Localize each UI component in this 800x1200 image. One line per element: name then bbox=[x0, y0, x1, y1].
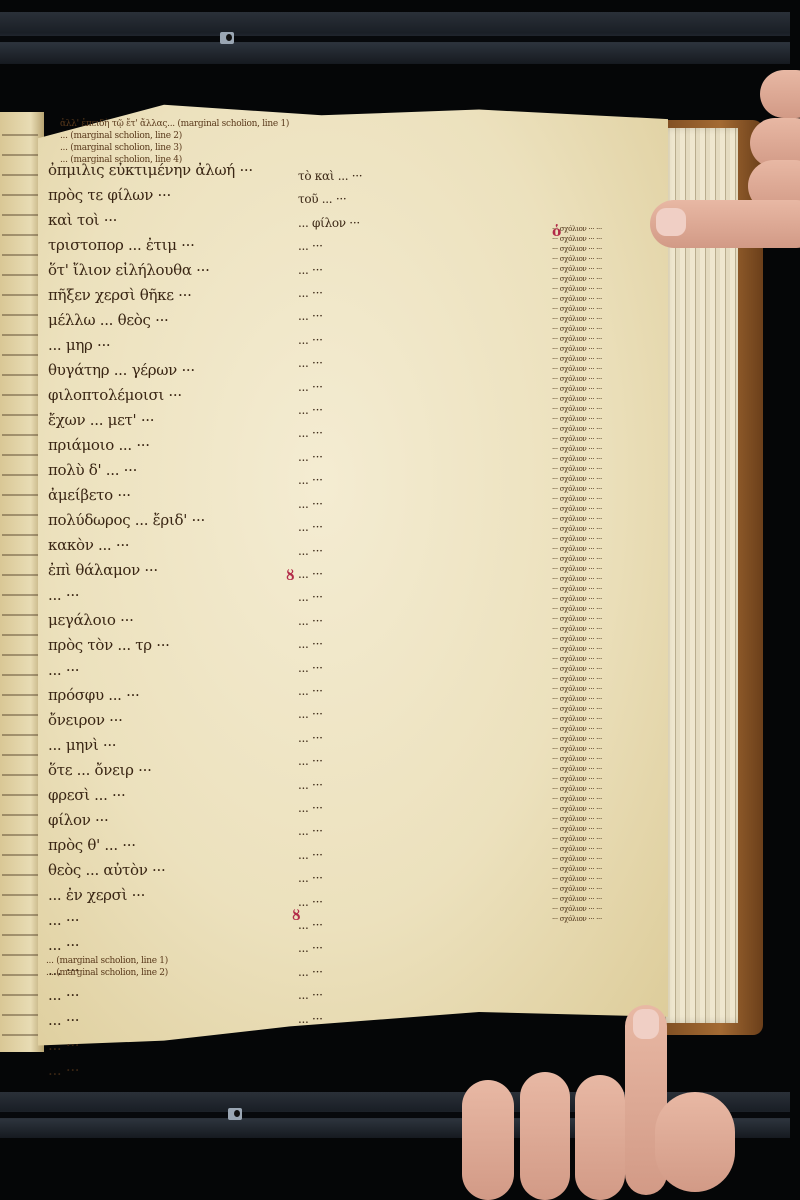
manuscript-line: ··· σχόλιον ··· ··· bbox=[552, 244, 647, 254]
manuscript-line: φίλον ··· bbox=[48, 808, 284, 833]
manuscript-line: ὄνειρον ··· bbox=[48, 708, 284, 733]
manuscript-line: ··· σχόλιον ··· ··· bbox=[552, 234, 647, 244]
manuscript-line: ··· σχόλιον ··· ··· bbox=[552, 304, 647, 314]
manuscript-line: θεὸς ... αὐτὸν ··· bbox=[48, 858, 284, 883]
manuscript-line: ... ··· bbox=[298, 633, 550, 656]
manuscript-line: πολὺ δ' ... ··· bbox=[48, 458, 284, 483]
manuscript-line: ··· σχόλιον ··· ··· bbox=[552, 734, 647, 744]
manuscript-line: ··· σχόλιον ··· ··· bbox=[552, 854, 647, 864]
finger bbox=[462, 1080, 514, 1200]
manuscript-line: ··· σχόλιον ··· ··· bbox=[552, 804, 647, 814]
manuscript-line: ··· σχόλιον ··· ··· bbox=[552, 544, 647, 554]
manuscript-line: ... ··· bbox=[298, 680, 550, 703]
manuscript-line: ··· σχόλιον ··· ··· bbox=[552, 294, 647, 304]
manuscript-line: ··· σχόλιον ··· ··· bbox=[552, 464, 647, 474]
manuscript-line: ··· σχόλιον ··· ··· bbox=[552, 564, 647, 574]
manuscript-line: ··· σχόλιον ··· ··· bbox=[552, 534, 647, 544]
cradle-rail-top bbox=[0, 12, 790, 64]
manuscript-line: πῆξεν χερσὶ θῆκε ··· bbox=[48, 283, 284, 308]
manuscript-line: ··· σχόλιον ··· ··· bbox=[552, 724, 647, 734]
manuscript-line: ... ··· bbox=[298, 1008, 550, 1031]
manuscript-line: ... ··· bbox=[298, 610, 550, 633]
manuscript-line: ἀμείβετο ··· bbox=[48, 483, 284, 508]
manuscript-line: ··· σχόλιον ··· ··· bbox=[552, 774, 647, 784]
manuscript-line: ... ··· bbox=[298, 399, 550, 422]
manuscript-line: ... ··· bbox=[298, 446, 550, 469]
rail-clip bbox=[228, 1108, 242, 1120]
manuscript-line: ··· σχόλιον ··· ··· bbox=[552, 764, 647, 774]
manuscript-line: ... ··· bbox=[298, 235, 550, 258]
manuscript-line: ··· σχόλιον ··· ··· bbox=[552, 904, 647, 914]
manuscript-line: ... φίλον ··· bbox=[298, 212, 550, 235]
manuscript-line: πρόσφυ ... ··· bbox=[48, 683, 284, 708]
finger bbox=[520, 1072, 570, 1200]
finger bbox=[575, 1075, 625, 1200]
note-line: ... (marginal scholion, line 2) bbox=[46, 967, 606, 979]
manuscript-line: πρὸς θ' ... ··· bbox=[48, 833, 284, 858]
manuscript-line: ... ··· bbox=[298, 867, 550, 890]
manuscript-line: ··· σχόλιον ··· ··· bbox=[552, 794, 647, 804]
manuscript-line: ··· σχόλιον ··· ··· bbox=[552, 484, 647, 494]
manuscript-line: ... ··· bbox=[48, 1008, 284, 1033]
manuscript-line: ... ··· bbox=[298, 493, 550, 516]
manuscript-line: ··· σχόλιον ··· ··· bbox=[552, 634, 647, 644]
manuscript-line: ... ··· bbox=[298, 774, 550, 797]
manuscript-line: ··· σχόλιον ··· ··· bbox=[552, 454, 647, 464]
scholia-column: ··· σχόλιον ··· ··· ··· σχόλιον ··· ··· … bbox=[552, 224, 647, 924]
manuscript-line: ··· σχόλιον ··· ··· bbox=[552, 664, 647, 674]
manuscript-line: ὅτ' ἴλιον εἰλήλουθα ··· bbox=[48, 258, 284, 283]
manuscript-line: ··· σχόλιον ··· ··· bbox=[552, 744, 647, 754]
manuscript-line: ··· σχόλιον ··· ··· bbox=[552, 554, 647, 564]
manuscript-line: ··· σχόλιον ··· ··· bbox=[552, 254, 647, 264]
manuscript-line: φρεσὶ ... ··· bbox=[48, 783, 284, 808]
manuscript-line: ··· σχόλιον ··· ··· bbox=[552, 314, 647, 324]
manuscript-line: ··· σχόλιον ··· ··· bbox=[552, 754, 647, 764]
manuscript-line: κακὸν ... ··· bbox=[48, 533, 284, 558]
manuscript-line: ··· σχόλιον ··· ··· bbox=[552, 584, 647, 594]
manuscript-line: ··· σχόλιον ··· ··· bbox=[552, 814, 647, 824]
manuscript-line: ... ··· bbox=[298, 727, 550, 750]
manuscript-line: ... ··· bbox=[48, 1058, 284, 1083]
manuscript-line: ... ··· bbox=[48, 583, 284, 608]
manuscript-line: ... ··· bbox=[298, 305, 550, 328]
manuscript-line: ... ··· bbox=[48, 1033, 284, 1058]
manuscript-line: ··· σχόλιον ··· ··· bbox=[552, 884, 647, 894]
rail-clip bbox=[220, 32, 234, 44]
manuscript-line: ... ··· bbox=[298, 586, 550, 609]
manuscript-line: ··· σχόλιον ··· ··· bbox=[552, 344, 647, 354]
manuscript-line: ··· σχόλιον ··· ··· bbox=[552, 644, 647, 654]
manuscript-line: ... ··· bbox=[298, 259, 550, 282]
manuscript-line: ··· σχόλιον ··· ··· bbox=[552, 914, 647, 924]
manuscript-line: ··· σχόλιον ··· ··· bbox=[552, 494, 647, 504]
note-line: ἀλλ' ἐπειδὴ τῷ ἔτ' ἄλλας... (marginal sc… bbox=[60, 118, 650, 130]
manuscript-line: ··· σχόλιον ··· ··· bbox=[552, 414, 647, 424]
manuscript-line: θυγάτηρ ... γέρων ··· bbox=[48, 358, 284, 383]
manuscript-line: ··· σχόλιον ··· ··· bbox=[552, 654, 647, 664]
thumb bbox=[655, 1092, 735, 1192]
manuscript-line: ··· σχόλιον ··· ··· bbox=[552, 844, 647, 854]
manuscript-line: ··· σχόλιον ··· ··· bbox=[552, 394, 647, 404]
manuscript-line: τοῦ ... ··· bbox=[298, 188, 550, 211]
manuscript-line: ... ··· bbox=[298, 750, 550, 773]
manuscript-line: ··· σχόλιον ··· ··· bbox=[552, 364, 647, 374]
manuscript-line: ··· σχόλιον ··· ··· bbox=[552, 434, 647, 444]
manuscript-line: φιλοπτολέμοισι ··· bbox=[48, 383, 284, 408]
manuscript-line: ··· σχόλιον ··· ··· bbox=[552, 504, 647, 514]
manuscript-line: ... ··· bbox=[298, 352, 550, 375]
left-page-text bbox=[2, 122, 38, 1042]
manuscript-line: ··· σχόλιον ··· ··· bbox=[552, 704, 647, 714]
manuscript-line: ... ··· bbox=[298, 282, 550, 305]
manuscript-line: ··· σχόλιον ··· ··· bbox=[552, 514, 647, 524]
rubric-marker: ȣ bbox=[292, 908, 301, 924]
bottom-margin-note: ... (marginal scholion, line 1) ... (mar… bbox=[46, 955, 606, 979]
manuscript-line: ··· σχόλιον ··· ··· bbox=[552, 384, 647, 394]
manuscript-line: ὅτε ... ὄνειρ ··· bbox=[48, 758, 284, 783]
manuscript-line: ··· σχόλιον ··· ··· bbox=[552, 834, 647, 844]
manuscript-line: ··· σχόλιον ··· ··· bbox=[552, 824, 647, 834]
manuscript-line: ··· σχόλιον ··· ··· bbox=[552, 694, 647, 704]
manuscript-line: ··· σχόλιον ··· ··· bbox=[552, 594, 647, 604]
manuscript-line: ... ··· bbox=[298, 329, 550, 352]
manuscript-line: ··· σχόλιον ··· ··· bbox=[552, 274, 647, 284]
manuscript-line: πριάμοιο ... ··· bbox=[48, 433, 284, 458]
manuscript-line: ... ··· bbox=[298, 422, 550, 445]
manuscript-line: ... ··· bbox=[298, 516, 550, 539]
manuscript-line: ... ··· bbox=[298, 797, 550, 820]
manuscript-line: ··· σχόλιον ··· ··· bbox=[552, 224, 647, 234]
manuscript-line: ··· σχόλιον ··· ··· bbox=[552, 714, 647, 724]
manuscript-line: ... μηνὶ ··· bbox=[48, 733, 284, 758]
rubric-marker: ȣ bbox=[286, 568, 295, 584]
manuscript-line: ... ··· bbox=[298, 820, 550, 843]
manuscript-line: ··· σχόλιον ··· ··· bbox=[552, 874, 647, 884]
manuscript-line: πρὸς τὸν ... τρ ··· bbox=[48, 633, 284, 658]
finger bbox=[650, 200, 800, 248]
note-line: ... (marginal scholion, line 3) bbox=[60, 142, 650, 154]
manuscript-line: ··· σχόλιον ··· ··· bbox=[552, 264, 647, 274]
manuscript-line: καὶ τοὶ ··· bbox=[48, 208, 284, 233]
manuscript-line: ··· σχόλιον ··· ··· bbox=[552, 864, 647, 874]
note-line: ... (marginal scholion, line 2) bbox=[60, 130, 650, 142]
manuscript-line: ... ··· bbox=[298, 657, 550, 680]
text-column-b: τὸ καὶ ... ··· τοῦ ... ··· ... φίλον ···… bbox=[298, 165, 550, 1031]
manuscript-line: ··· σχόλιον ··· ··· bbox=[552, 424, 647, 434]
manuscript-line: ἐπὶ θάλαμον ··· bbox=[48, 558, 284, 583]
manuscript-line: ··· σχόλιον ··· ··· bbox=[552, 684, 647, 694]
manuscript-line: ... ··· bbox=[298, 914, 550, 937]
manuscript-line: ... ··· bbox=[298, 703, 550, 726]
rail-groove bbox=[0, 36, 790, 42]
manuscript-line: ··· σχόλιον ··· ··· bbox=[552, 784, 647, 794]
manuscript-line: ... ἐν χερσὶ ··· bbox=[48, 883, 284, 908]
manuscript-line: ... ··· bbox=[298, 563, 550, 586]
manuscript-line: ··· σχόλιον ··· ··· bbox=[552, 284, 647, 294]
manuscript-line: μέλλω ... θεὸς ··· bbox=[48, 308, 284, 333]
manuscript-line: ... μηρ ··· bbox=[48, 333, 284, 358]
manuscript-line: ··· σχόλιον ··· ··· bbox=[552, 614, 647, 624]
left-page-edge bbox=[0, 112, 44, 1052]
manuscript-line: ... ··· bbox=[48, 658, 284, 683]
manuscript-line: ... ··· bbox=[298, 376, 550, 399]
page-edges bbox=[660, 128, 738, 1023]
manuscript-line: τριστοπορ ... ἐτιμ ··· bbox=[48, 233, 284, 258]
note-line: ... (marginal scholion, line 1) bbox=[46, 955, 606, 967]
fingernail bbox=[633, 1009, 659, 1039]
manuscript-line: ... ··· bbox=[298, 469, 550, 492]
manuscript-line: ὀπμιλις εὐκτιμένην ἀλωή ··· bbox=[48, 158, 284, 183]
manuscript-line: τὸ καὶ ... ··· bbox=[298, 165, 550, 188]
manuscript-line: ··· σχόλιον ··· ··· bbox=[552, 674, 647, 684]
manuscript-line: ··· σχόλιον ··· ··· bbox=[552, 334, 647, 344]
rubric-initial: ὁ bbox=[552, 224, 561, 240]
manuscript-line: ··· σχόλιον ··· ··· bbox=[552, 624, 647, 634]
manuscript-line: πρὸς τε φίλων ··· bbox=[48, 183, 284, 208]
manuscript-line: ... ··· bbox=[48, 983, 284, 1008]
finger bbox=[760, 70, 800, 118]
manuscript-line: πολύδωρος ... ἔριδ' ··· bbox=[48, 508, 284, 533]
manuscript-line: ... ··· bbox=[48, 908, 284, 933]
manuscript-line: ... ··· bbox=[298, 844, 550, 867]
manuscript-line: μεγάλοιο ··· bbox=[48, 608, 284, 633]
manuscript-line: ··· σχόλιον ··· ··· bbox=[552, 374, 647, 384]
manuscript-line: ἔχων ... μετ' ··· bbox=[48, 408, 284, 433]
manuscript-line: ··· σχόλιον ··· ··· bbox=[552, 474, 647, 484]
manuscript-line: ... ··· bbox=[298, 984, 550, 1007]
manuscript-line: ··· σχόλιον ··· ··· bbox=[552, 894, 647, 904]
manuscript-line: ··· σχόλιον ··· ··· bbox=[552, 574, 647, 584]
manuscript-line: ... ··· bbox=[298, 891, 550, 914]
manuscript-line: ··· σχόλιον ··· ··· bbox=[552, 444, 647, 454]
manuscript-line: ··· σχόλιον ··· ··· bbox=[552, 524, 647, 534]
manuscript-line: ··· σχόλιον ··· ··· bbox=[552, 354, 647, 364]
manuscript-line: ··· σχόλιον ··· ··· bbox=[552, 404, 647, 414]
manuscript-line: ... ··· bbox=[298, 540, 550, 563]
manuscript-line: ··· σχόλιον ··· ··· bbox=[552, 324, 647, 334]
manuscript-line: ··· σχόλιον ··· ··· bbox=[552, 604, 647, 614]
fingernail bbox=[656, 208, 686, 236]
